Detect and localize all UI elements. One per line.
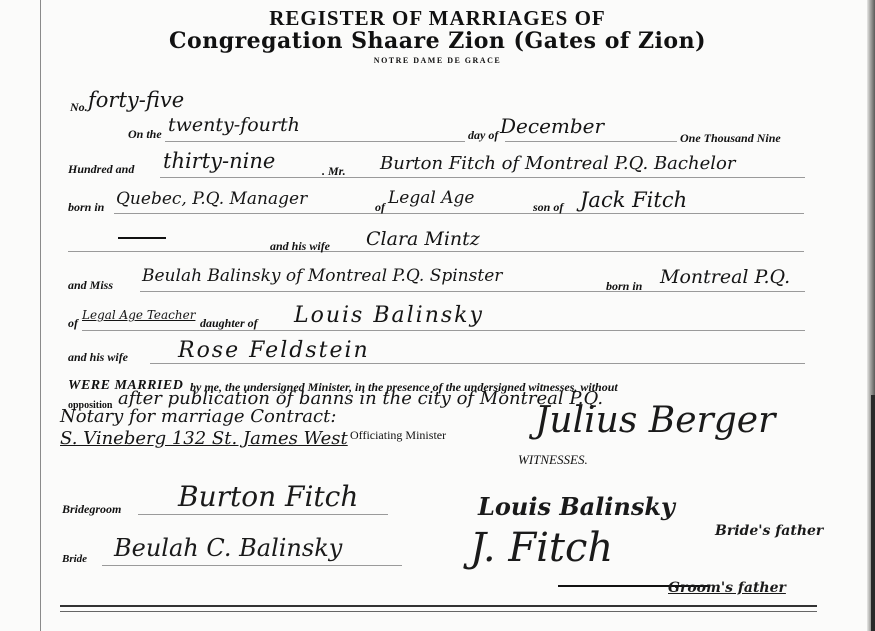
year-prefix-label: One Thousand Nine	[680, 131, 781, 146]
groom-mother-line	[68, 251, 804, 252]
congregation-location: NOTRE DAME DE GRACE	[0, 56, 875, 65]
witnesses-label: WITNESSES.	[518, 452, 588, 468]
witness1-role: Bride's father	[715, 523, 823, 539]
groom-mother-name: Clara Mintz	[366, 228, 480, 250]
witness1-signature: Louis Balinsky	[478, 492, 675, 521]
mr-label: . Mr.	[322, 164, 346, 179]
bride-father-line	[82, 330, 805, 331]
month-line	[505, 141, 677, 142]
bridegroom-sign-line	[138, 514, 388, 515]
groom-description: Burton Fitch of Montreal P.Q. Bachelor	[380, 153, 735, 174]
bridegroom-signature: Burton Fitch	[178, 480, 358, 513]
bridegroom-label: Bridegroom	[62, 502, 121, 517]
congregation-name: Congregation Shaare Zion (Gates of Zion)	[0, 28, 875, 54]
bride-father-name: Louis Balinsky	[294, 303, 484, 328]
number-label: No.	[70, 100, 88, 115]
groom-birthplace-line	[114, 213, 804, 214]
daughter-of-label: daughter of	[200, 316, 258, 331]
closing-double-rule	[60, 605, 817, 612]
bride-label: Bride	[62, 553, 87, 565]
officiating-minister-label: Officiating Minister	[350, 428, 446, 443]
bride-mother-line	[150, 363, 805, 364]
bride-born-in-label: born in	[606, 279, 642, 294]
notary-address: S. Vineberg 132 St. James West	[60, 428, 348, 449]
left-margin-rule	[40, 0, 41, 631]
page-edge-shadow	[871, 395, 875, 631]
bride-signature: Beulah C. Balinsky	[114, 534, 342, 562]
day-of-label: day of	[468, 128, 498, 143]
bride-mother-name: Rose Feldstein	[178, 338, 370, 363]
marriage-month: December	[500, 114, 604, 138]
groom-age: Legal Age	[388, 188, 474, 208]
bride-birthplace: Montreal P.Q.	[660, 266, 790, 288]
blank-dash	[118, 237, 166, 239]
year-line	[160, 177, 805, 178]
bride-mother-label: and his wife	[68, 350, 128, 365]
notary-note: Notary for marriage Contract:	[60, 406, 336, 427]
groom-father-name: Jack Fitch	[580, 188, 687, 212]
and-miss-label: and Miss	[68, 278, 113, 293]
born-in-label: born in	[68, 200, 104, 215]
bride-of-label: of	[68, 316, 78, 331]
witness2-signature: J. Fitch	[470, 525, 613, 571]
day-line	[165, 141, 465, 142]
groom-birthplace-occupation: Quebec, P.Q. Manager	[116, 189, 307, 209]
bride-age-occupation: Legal Age Teacher	[82, 308, 195, 322]
on-the-label: On the	[128, 127, 162, 142]
bride-description: Beulah Balinsky of Montreal P.Q. Spinste…	[142, 266, 502, 286]
groom-mother-label: and his wife	[270, 239, 330, 254]
year-hundred-label: Hundred and	[68, 162, 134, 177]
register-number: forty-five	[88, 88, 184, 112]
bride-line	[140, 291, 805, 292]
son-of-label: son of	[533, 200, 563, 215]
marriage-year: thirty-nine	[163, 149, 275, 173]
marriage-day: twenty-fourth	[168, 114, 300, 136]
bride-sign-line	[102, 565, 402, 566]
minister-signature: Julius Berger	[535, 400, 775, 441]
witness2-role: Groom's father	[668, 580, 786, 596]
of-label: of	[375, 200, 385, 215]
